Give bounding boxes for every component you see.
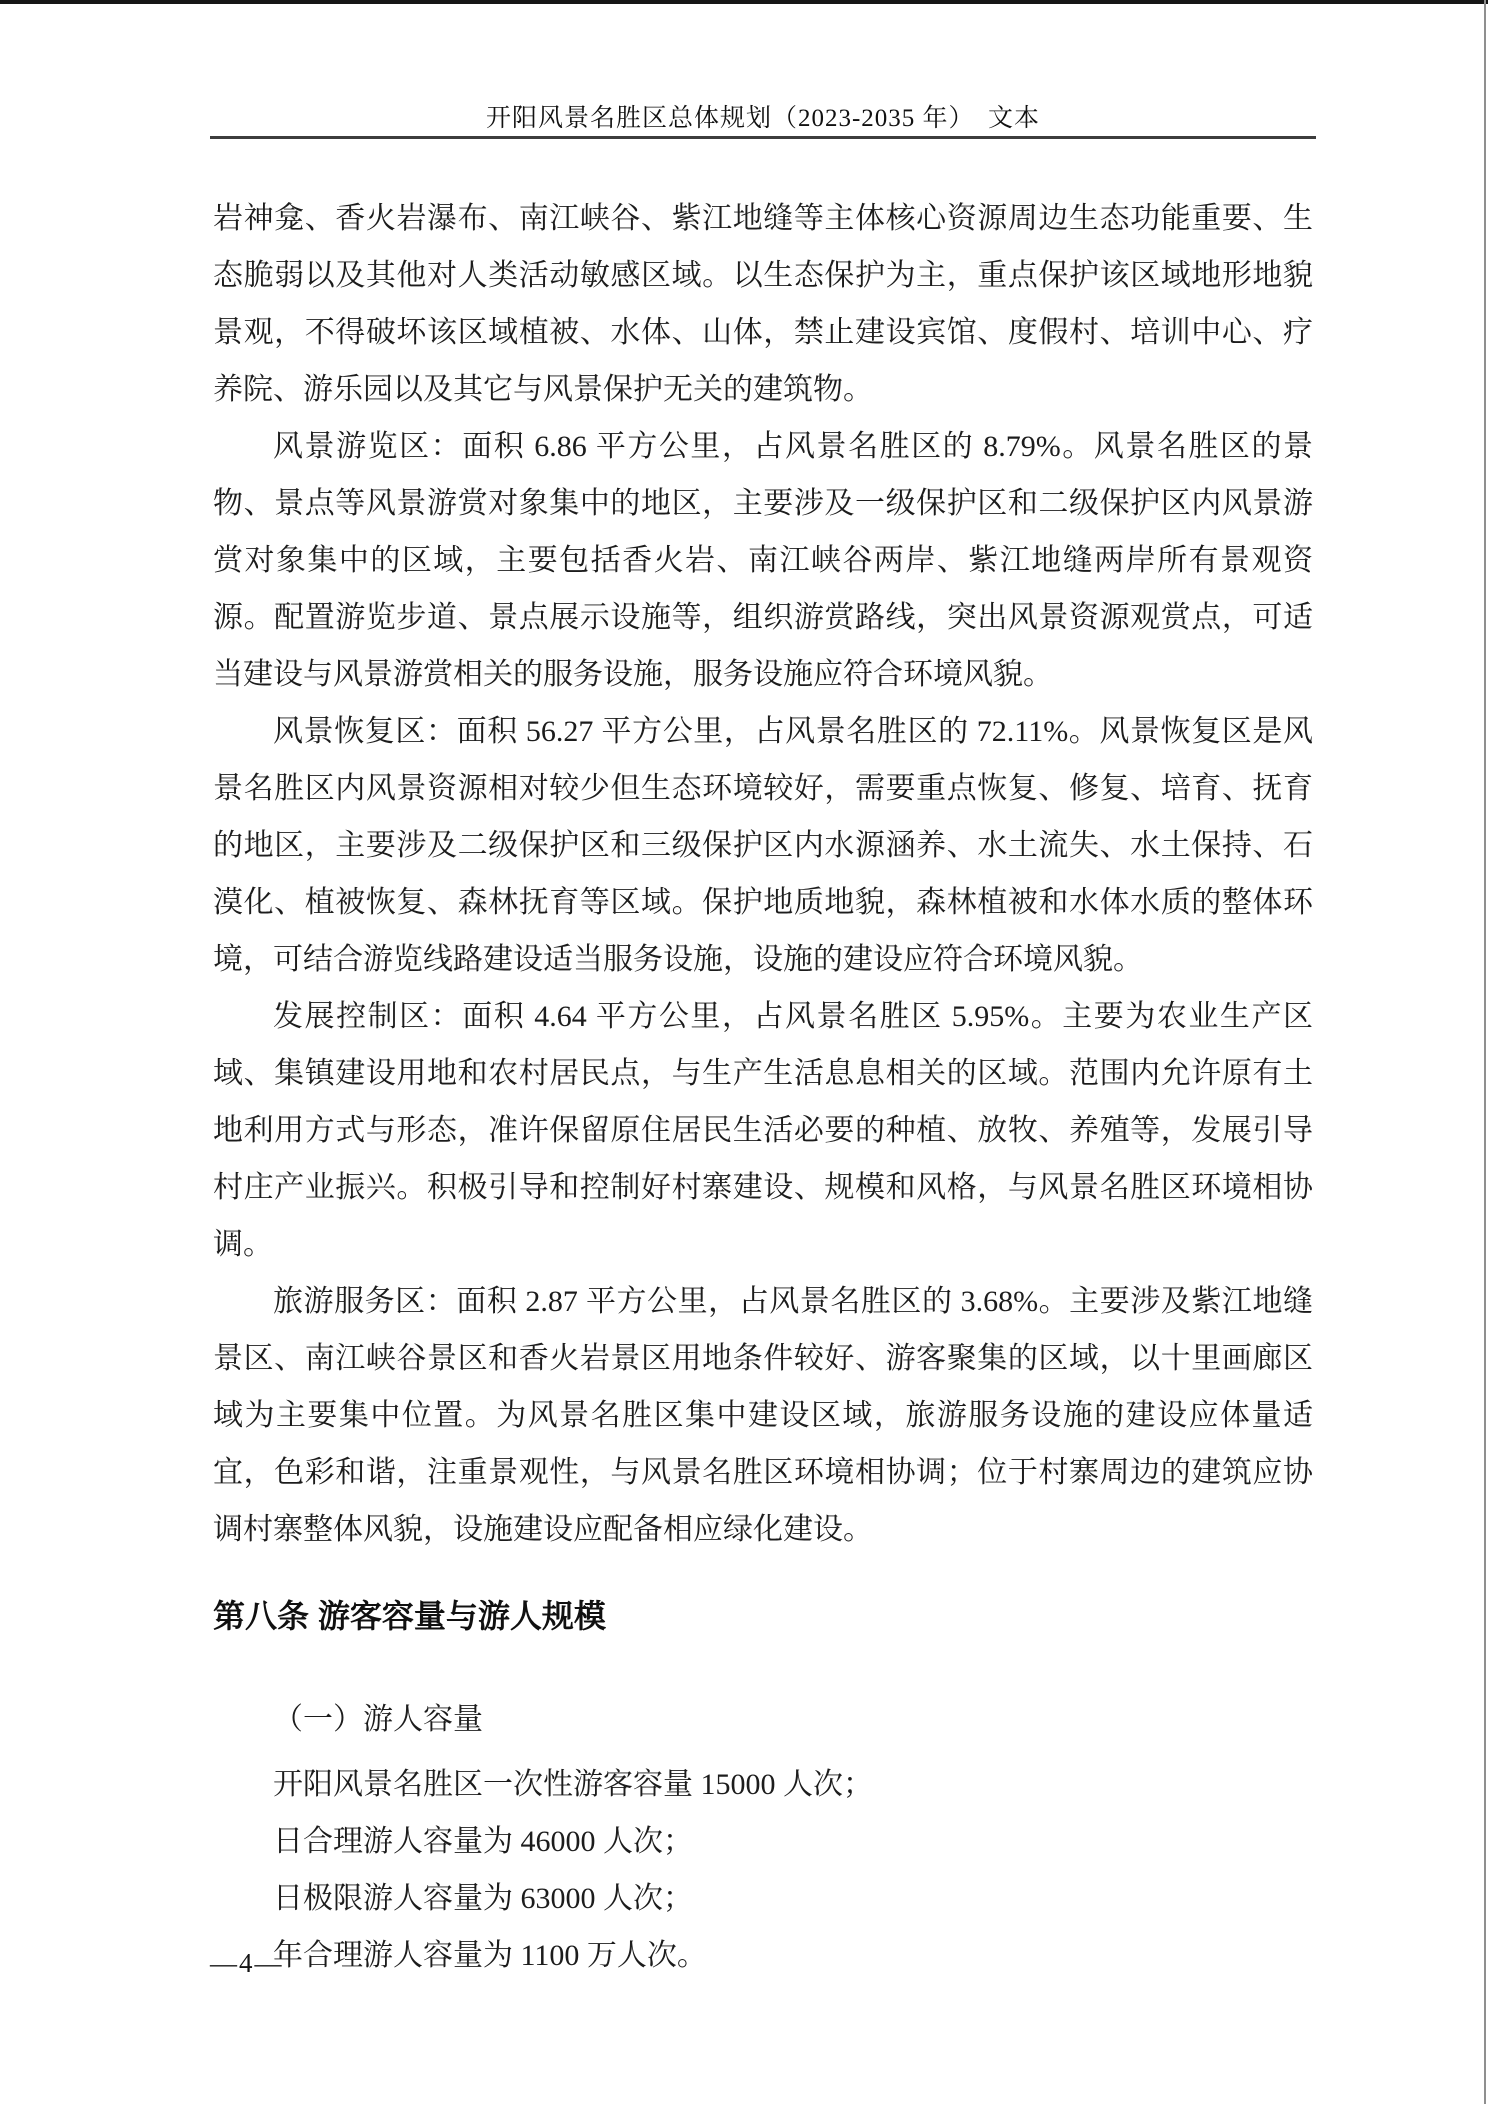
capacity-line-yearly-reasonable: 年合理游人容量为 1100 万人次。 — [213, 1927, 1313, 1984]
paragraph-tourism-service-zone: 旅游服务区：面积 2.87 平方公里，占风景名胜区的 3.68%。主要涉及紫江地… — [213, 1273, 1313, 1558]
visitor-capacity-list: 开阳风景名胜区一次性游客容量 15000 人次； 日合理游人容量为 46000 … — [213, 1756, 1313, 1984]
paragraph-core-protection: 岩神龛、香火岩瀑布、南江峡谷、紫江地缝等主体核心资源周边生态功能重要、生态脆弱以… — [213, 190, 1313, 418]
capacity-line-daily-reasonable: 日合理游人容量为 46000 人次； — [213, 1813, 1313, 1870]
document-body: 岩神龛、香火岩瀑布、南江峡谷、紫江地缝等主体核心资源周边生态功能重要、生态脆弱以… — [213, 190, 1313, 1984]
paragraph-development-control-zone: 发展控制区：面积 4.64 平方公里，占风景名胜区 5.95%。主要为农业生产区… — [213, 988, 1313, 1273]
header-rule-divider — [210, 136, 1316, 139]
scan-right-edge-line — [1484, 0, 1486, 2104]
document-page: 开阳风景名胜区总体规划（2023-2035 年） 文本 岩神龛、香火岩瀑布、南江… — [0, 0, 1488, 2104]
section-heading-article-8: 第八条 游客容量与游人规模 — [213, 1588, 1313, 1645]
page-number-footer: —4— — [210, 1948, 284, 1979]
paragraph-scenic-touring-zone: 风景游览区：面积 6.86 平方公里，占风景名胜区的 8.79%。风景名胜区的景… — [213, 418, 1313, 703]
paragraph-scenic-recovery-zone: 风景恢复区：面积 56.27 平方公里，占风景名胜区的 72.11%。风景恢复区… — [213, 703, 1313, 988]
capacity-line-daily-maximum: 日极限游人容量为 63000 人次； — [213, 1870, 1313, 1927]
subsection-heading-visitor-capacity: （一）游人容量 — [213, 1691, 1313, 1748]
document-header-title: 开阳风景名胜区总体规划（2023-2035 年） 文本 — [210, 98, 1316, 134]
capacity-line-instantaneous: 开阳风景名胜区一次性游客容量 15000 人次； — [213, 1756, 1313, 1813]
scan-top-edge-line — [0, 0, 1488, 4]
